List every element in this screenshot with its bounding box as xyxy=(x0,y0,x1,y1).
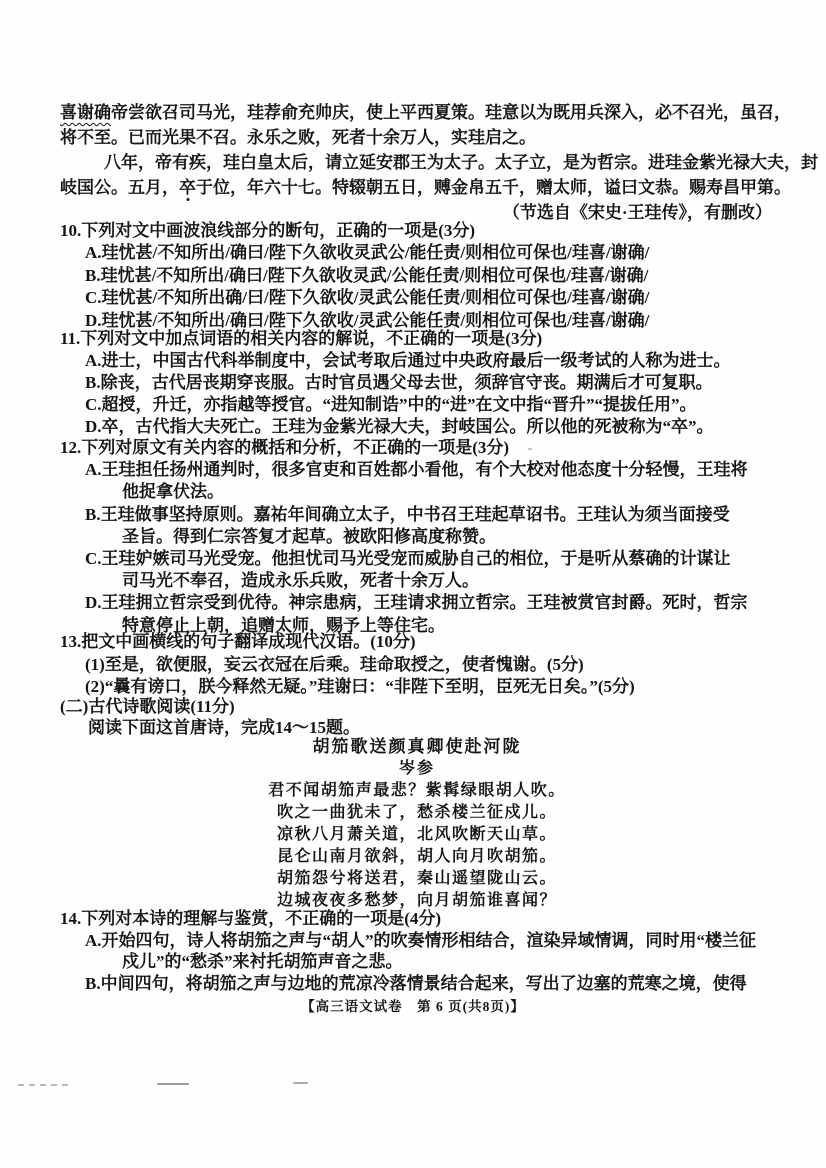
question-12-option-c: C.王珪妒嫉司马光受宠。他担忧司马光受宠而威胁自己的相位，于是听从蔡确的计谋让 xyxy=(60,548,774,570)
poem-title: 胡笳歌送颜真卿使赴河陇 xyxy=(60,736,774,758)
question-12-stem: 12.下列对原文有关内容的概括和分析，不正确的一项是(3分) xyxy=(60,437,774,459)
question-11-stem: 11.下列对文中加点词语的相关内容的解说，不正确的一项是(3分) xyxy=(60,328,774,350)
wavy-underlined-text: 喜谢确 xyxy=(60,103,111,122)
question-12-option-a-cont: 他捉拿伏法。 xyxy=(60,481,774,503)
section-2-heading: (二)古代诗歌阅读(11分) xyxy=(60,696,774,717)
question-13-item-1: (1)至是，欲便服，妄云衣冠在后乘。珪命取授之，使者愧谢。(5分) xyxy=(60,654,774,677)
scan-artifact-line xyxy=(157,1083,189,1085)
poem-verse: 吹之一曲犹未了，愁杀楼兰征戍儿。 xyxy=(60,802,774,824)
question-12-option-b: B.王珪做事坚持原则。嘉祐年间确立太子，中书召王珪起草诏书。王珪认为须当面接受 xyxy=(60,504,774,526)
scan-artifact-speck xyxy=(528,448,532,450)
question-10-option-a: A.珪忧甚/不知所出/确曰/陛下久欲收灵武公/能任责/则相位可保也/珪喜/谢确/ xyxy=(60,242,774,264)
question-10-option-c: C.珪忧甚/不知所出确/曰/陛下久欲收/灵武公能任责/则相位可保也/珪喜/谢确/ xyxy=(60,287,774,309)
poem: 胡笳歌送颜真卿使赴河陇 岑参 君不闻胡笳声最悲？紫髯绿眼胡人吹。 吹之一曲犹未了… xyxy=(60,736,774,912)
question-11-option-c: C.超授，升迁，亦指越等授官。“进知制诰”中的“进”在文中指“晋升”“提拔任用”… xyxy=(60,394,774,416)
page-footer: 【高三语文试卷 第 6 页(共8页)】 xyxy=(0,995,826,1015)
question-14-stem: 14.下列对本诗的理解与鉴赏，不正确的一项是(4分) xyxy=(60,908,774,930)
passage-text: 岐国公。五月， xyxy=(60,178,179,197)
passage-line: 喜谢确帝尝欲召司马光，珪荐俞充帅庆，使上平西夏策。珪意以为既用兵深入，必不召光，… xyxy=(60,100,774,125)
question-14-option-a-cont: 戍儿”的“愁杀”来衬托胡笳声音之悲。 xyxy=(60,951,774,973)
poem-verse: 君不闻胡笳声最悲？紫髯绿眼胡人吹。 xyxy=(60,780,774,802)
question-14-option-b: B.中间四句，将胡笳之声与边地的荒凉冷落情景结合起来，写出了边塞的荒寒之境，使得 xyxy=(60,973,774,995)
passage-line: 八年，帝有疾，珪白皇太后，请立延安郡王为太子。太子立，是为哲宗。进珪金紫光禄大夫… xyxy=(60,150,774,175)
passage-line: 岐国公。五月，卒于位，年六十七。特辍朝五日，赙金帛五千，赠太师，谥曰文恭。赐寿昌… xyxy=(60,175,774,200)
question-14: 14.下列对本诗的理解与鉴赏，不正确的一项是(4分) A.开始四句，诗人将胡笳之… xyxy=(60,908,774,994)
section-2-poetry-reading: (二)古代诗歌阅读(11分) 阅读下面这首唐诗，完成14～15题。 xyxy=(60,696,774,738)
question-12-option-b-cont: 圣旨。得到仁宗答复才起草。被欧阳修高度称赞。 xyxy=(60,526,774,548)
poem-author: 岑参 xyxy=(60,758,774,780)
question-13: 13.把文中画横线的句子翻译成现代汉语。(10分) (1)至是，欲便服，妄云衣冠… xyxy=(60,631,774,699)
poem-verse: 胡笳怨兮将送君，秦山遥望陇山云。 xyxy=(60,868,774,890)
question-13-stem: 13.把文中画横线的句子翻译成现代汉语。(10分) xyxy=(60,631,774,654)
question-12-option-c-cont: 司马光不奉召，造成永乐兵败，死者十余万人。 xyxy=(60,570,774,592)
passage-text: 帝尝欲召司马光，珪荐俞充帅庆，使上平西夏策。珪意以为既用兵深入，必不召光，虽召， xyxy=(111,103,791,122)
question-10: 10.下列对文中画波浪线部分的断句，正确的一项是(3分) A.珪忧甚/不知所出/… xyxy=(60,220,774,332)
question-14-option-a: A.开始四句，诗人将胡笳之声与“胡人”的吹奏情形相结合，渲染异域情调，同时用“楼… xyxy=(60,930,774,952)
passage-line: 将不至。已而光果不召。永乐之败，死者十余万人，实珪启之。 xyxy=(60,125,774,150)
question-12-option-a: A.王珪担任扬州通判时，很多官吏和百姓都小看他，有个大校对他态度十分轻慢，王珪将 xyxy=(60,459,774,481)
question-11-option-d: D.卒，古代指大夫死亡。王珪为金紫光禄大夫，封岐国公。所以他的死被称为“卒”。 xyxy=(60,416,774,438)
question-11-option-a: A.进士，中国古代科举制度中，会试考取后通过中央政府最后一级考试的人称为进士。 xyxy=(60,350,774,372)
poem-verse: 昆仑山南月欲斜，胡人向月吹胡笳。 xyxy=(60,846,774,868)
question-11: 11.下列对文中加点词语的相关内容的解说，不正确的一项是(3分) A.进士，中国… xyxy=(60,328,774,438)
poem-verse: 凉秋八月萧关道，北风吹断天山草。 xyxy=(60,824,774,846)
scan-artifact-line xyxy=(293,1082,308,1084)
passage-text: 于位，年六十七。特辍朝五日，赙金帛五千，赠太师，谥曰文恭。赐寿昌甲第。 xyxy=(196,178,791,197)
section-2-intro: 阅读下面这首唐诗，完成14～15题。 xyxy=(60,717,774,738)
exam-paper-page: 喜谢确帝尝欲召司马光，珪荐俞充帅庆，使上平西夏策。珪意以为既用兵深入，必不召光，… xyxy=(0,0,826,1168)
question-11-option-b: B.除丧，古代居丧期穿丧服。古时官员遇父母去世，须辞官守丧。期满后才可复职。 xyxy=(60,372,774,394)
scan-artifact-dashes xyxy=(18,1084,68,1086)
question-10-option-b: B.珪忧甚/不知所出/确曰/陛下久欲收灵武/公能任责/则相位可保也/珪喜/谢确/ xyxy=(60,265,774,287)
question-10-stem: 10.下列对文中画波浪线部分的断句，正确的一项是(3分) xyxy=(60,220,774,242)
emphasized-character: 卒 xyxy=(179,178,196,197)
classical-passage: 喜谢确帝尝欲召司马光，珪荐俞充帅庆，使上平西夏策。珪意以为既用兵深入，必不召光，… xyxy=(60,100,774,225)
question-12-option-d: D.王珪拥立哲宗受到优待。神宗患病，王珪请求拥立哲宗。王珪被赏官封爵。死时，哲宗 xyxy=(60,592,774,614)
question-12: 12.下列对原文有关内容的概括和分析，不正确的一项是(3分) A.王珪担任扬州通… xyxy=(60,437,774,637)
